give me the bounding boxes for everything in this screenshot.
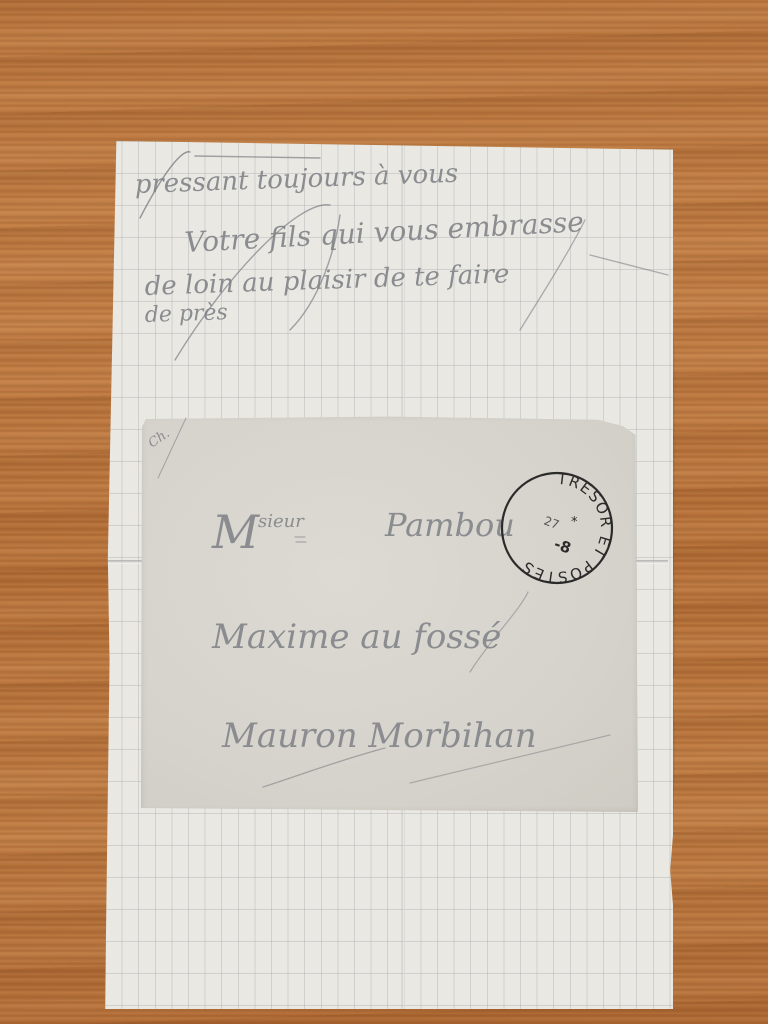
address-superscript: sieur	[258, 511, 305, 532]
svg-text:TRESOR ET POSTES: TRESOR ET POSTES	[518, 470, 615, 587]
address-name: Pambou	[384, 506, 515, 544]
postmark-star: *	[571, 515, 578, 530]
postmark-month: -8	[552, 535, 574, 558]
address-line-2: Maxime au fossé	[211, 617, 501, 657]
envelope-corner-note: Ch.	[146, 426, 173, 451]
address-prefix: M	[211, 505, 261, 559]
envelope-handwriting: Ch. M sieur Pambou Maxime au fossé Mauro…	[0, 0, 768, 1024]
postmark-ring-text: TRESOR ET POSTES	[518, 470, 615, 587]
postmark-day: 27	[542, 514, 561, 532]
postmark-stamp: TRESOR ET POSTES 27 -8 *	[497, 468, 617, 588]
